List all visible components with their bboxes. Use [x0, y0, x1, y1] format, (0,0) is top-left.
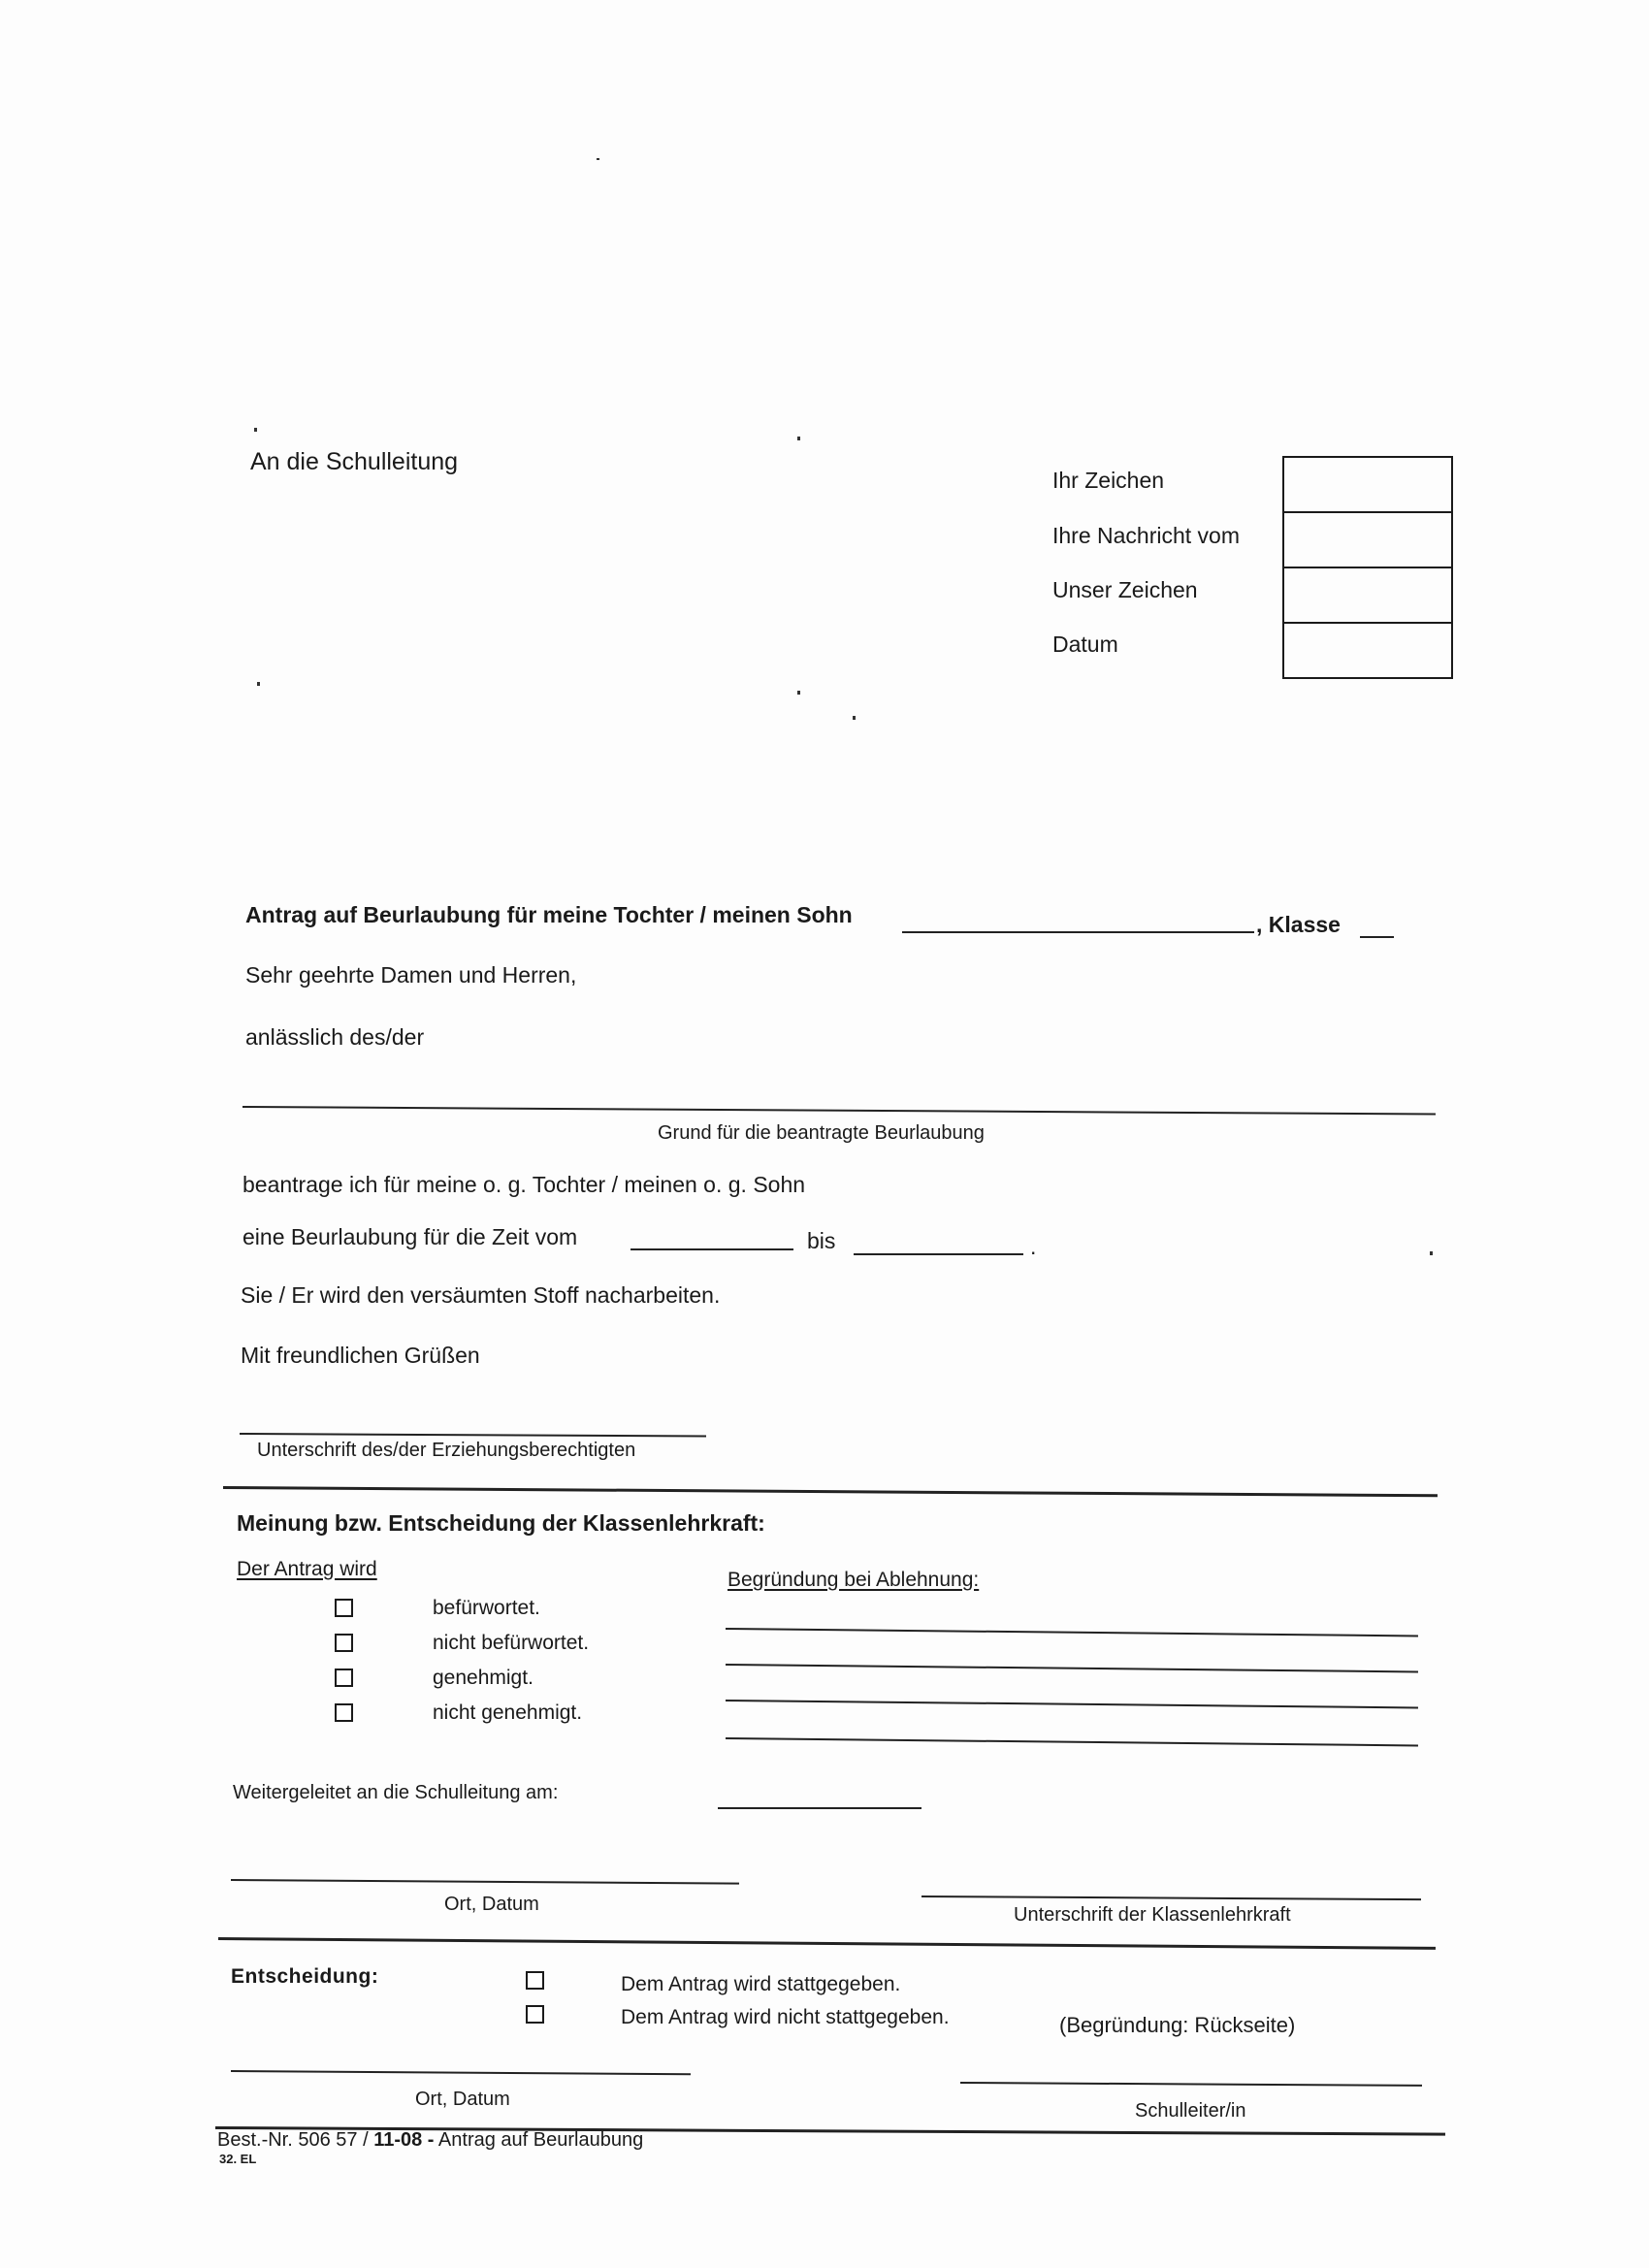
scan-speck	[797, 437, 800, 440]
parent-signature-field[interactable]	[240, 1433, 706, 1438]
decision-granted-label: Dem Antrag wird stattgegeben.	[621, 1973, 900, 1996]
reference-box	[1282, 456, 1453, 679]
catchup-sentence: Sie / Er wird den versäumten Stoff nacha…	[241, 1282, 720, 1309]
ref-label-datum: Datum	[1052, 632, 1118, 658]
closing: Mit freundlichen Grüßen	[241, 1343, 480, 1369]
rejection-reason-line-2[interactable]	[726, 1664, 1418, 1672]
edition: 32. EL	[219, 2152, 256, 2166]
order-number: Best.-Nr. 506 57 / 11-08 - Antrag auf Be…	[217, 2129, 643, 2152]
period-end-punct: .	[1030, 1234, 1036, 1260]
scan-speck	[797, 691, 800, 695]
teacher-heading: Meinung bzw. Entscheidung der Klassenleh…	[237, 1510, 765, 1537]
option-nicht-genehmigt-checkbox[interactable]	[335, 1703, 353, 1722]
option-genehmigt-checkbox[interactable]	[335, 1669, 353, 1687]
class-field[interactable]	[1360, 936, 1394, 938]
period-label: eine Beurlaubung für die Zeit vom	[242, 1224, 577, 1250]
occasion-label: anlässlich des/der	[245, 1024, 424, 1051]
ref-field-datum[interactable]	[1284, 624, 1451, 677]
teacher-place-date-field[interactable]	[231, 1879, 739, 1885]
scan-speck	[257, 682, 260, 686]
rejection-reason-line-4[interactable]	[726, 1737, 1418, 1746]
decision-note: (Begründung: Rückseite)	[1059, 2013, 1295, 2038]
scan-speck	[254, 428, 257, 432]
ref-field-ihre-nachricht[interactable]	[1284, 513, 1451, 568]
class-label: , Klasse	[1256, 912, 1341, 938]
decision-heading: Entscheidung:	[231, 1965, 378, 1989]
forwarded-label: Weitergeleitet an die Schulleitung am:	[233, 1782, 558, 1804]
recipient: An die Schulleitung	[250, 448, 458, 476]
head-place-date-caption: Ort, Datum	[415, 2089, 510, 2111]
ref-label-ihre-nachricht: Ihre Nachricht vom	[1052, 523, 1240, 549]
ref-field-unser-zeichen[interactable]	[1284, 568, 1451, 624]
option-nicht-befuerwortet-label: nicht befürwortet.	[433, 1632, 589, 1655]
option-genehmigt-label: genehmigt.	[433, 1667, 533, 1690]
decision-granted-checkbox[interactable]	[526, 1971, 544, 1990]
request-title: Antrag auf Beurlaubung für meine Tochter…	[245, 902, 853, 928]
salutation: Sehr geehrte Damen und Herren,	[245, 962, 576, 988]
parent-signature-caption: Unterschrift des/der Erziehungsberechtig…	[257, 1440, 635, 1462]
ref-label-ihr-zeichen: Ihr Zeichen	[1052, 468, 1164, 494]
rejection-reason-heading: Begründung bei Ablehnung:	[727, 1569, 979, 1592]
forwarded-date-field[interactable]	[718, 1807, 921, 1809]
ref-label-unser-zeichen: Unser Zeichen	[1052, 577, 1198, 603]
head-signature-caption: Schulleiter/in	[1135, 2100, 1246, 2122]
scan-speck	[853, 716, 856, 720]
teacher-signature-field[interactable]	[921, 1895, 1421, 1900]
teacher-signature-caption: Unterschrift der Klassenlehrkraft	[1014, 1904, 1291, 1927]
period-to-field[interactable]	[854, 1253, 1023, 1255]
decision-denied-label: Dem Antrag wird nicht stattgegeben.	[621, 2006, 950, 2029]
option-befuerwortet-label: befürwortet.	[433, 1597, 540, 1620]
period-from-field[interactable]	[630, 1248, 793, 1250]
option-befuerwortet-checkbox[interactable]	[335, 1599, 353, 1617]
option-nicht-befuerwortet-checkbox[interactable]	[335, 1634, 353, 1652]
head-place-date-field[interactable]	[231, 2070, 691, 2075]
head-signature-field[interactable]	[960, 2082, 1422, 2087]
option-nicht-genehmigt-label: nicht genehmigt.	[433, 1701, 582, 1725]
rejection-reason-line-1[interactable]	[726, 1628, 1418, 1636]
rejection-reason-line-3[interactable]	[726, 1700, 1418, 1708]
reason-field[interactable]	[242, 1106, 1436, 1116]
period-to-label: bis	[807, 1228, 835, 1254]
scan-speck	[1430, 1251, 1433, 1255]
order-prefix: Best.-Nr. 506 57 /	[217, 2129, 373, 2151]
child-name-field[interactable]	[902, 931, 1254, 933]
section-divider	[223, 1486, 1438, 1497]
reason-caption: Grund für die beantragte Beurlaubung	[658, 1122, 985, 1145]
options-heading: Der Antrag wird	[237, 1558, 377, 1581]
section-divider	[218, 1937, 1436, 1950]
order-suffix: Antrag auf Beurlaubung	[434, 2129, 643, 2151]
request-sentence: beantrage ich für meine o. g. Tochter / …	[242, 1172, 805, 1198]
decision-denied-checkbox[interactable]	[526, 2005, 544, 2024]
order-code: 11-08 -	[373, 2129, 434, 2151]
scan-speck	[597, 158, 599, 160]
ref-field-ihr-zeichen[interactable]	[1284, 458, 1451, 513]
teacher-place-date-caption: Ort, Datum	[444, 1894, 539, 1916]
